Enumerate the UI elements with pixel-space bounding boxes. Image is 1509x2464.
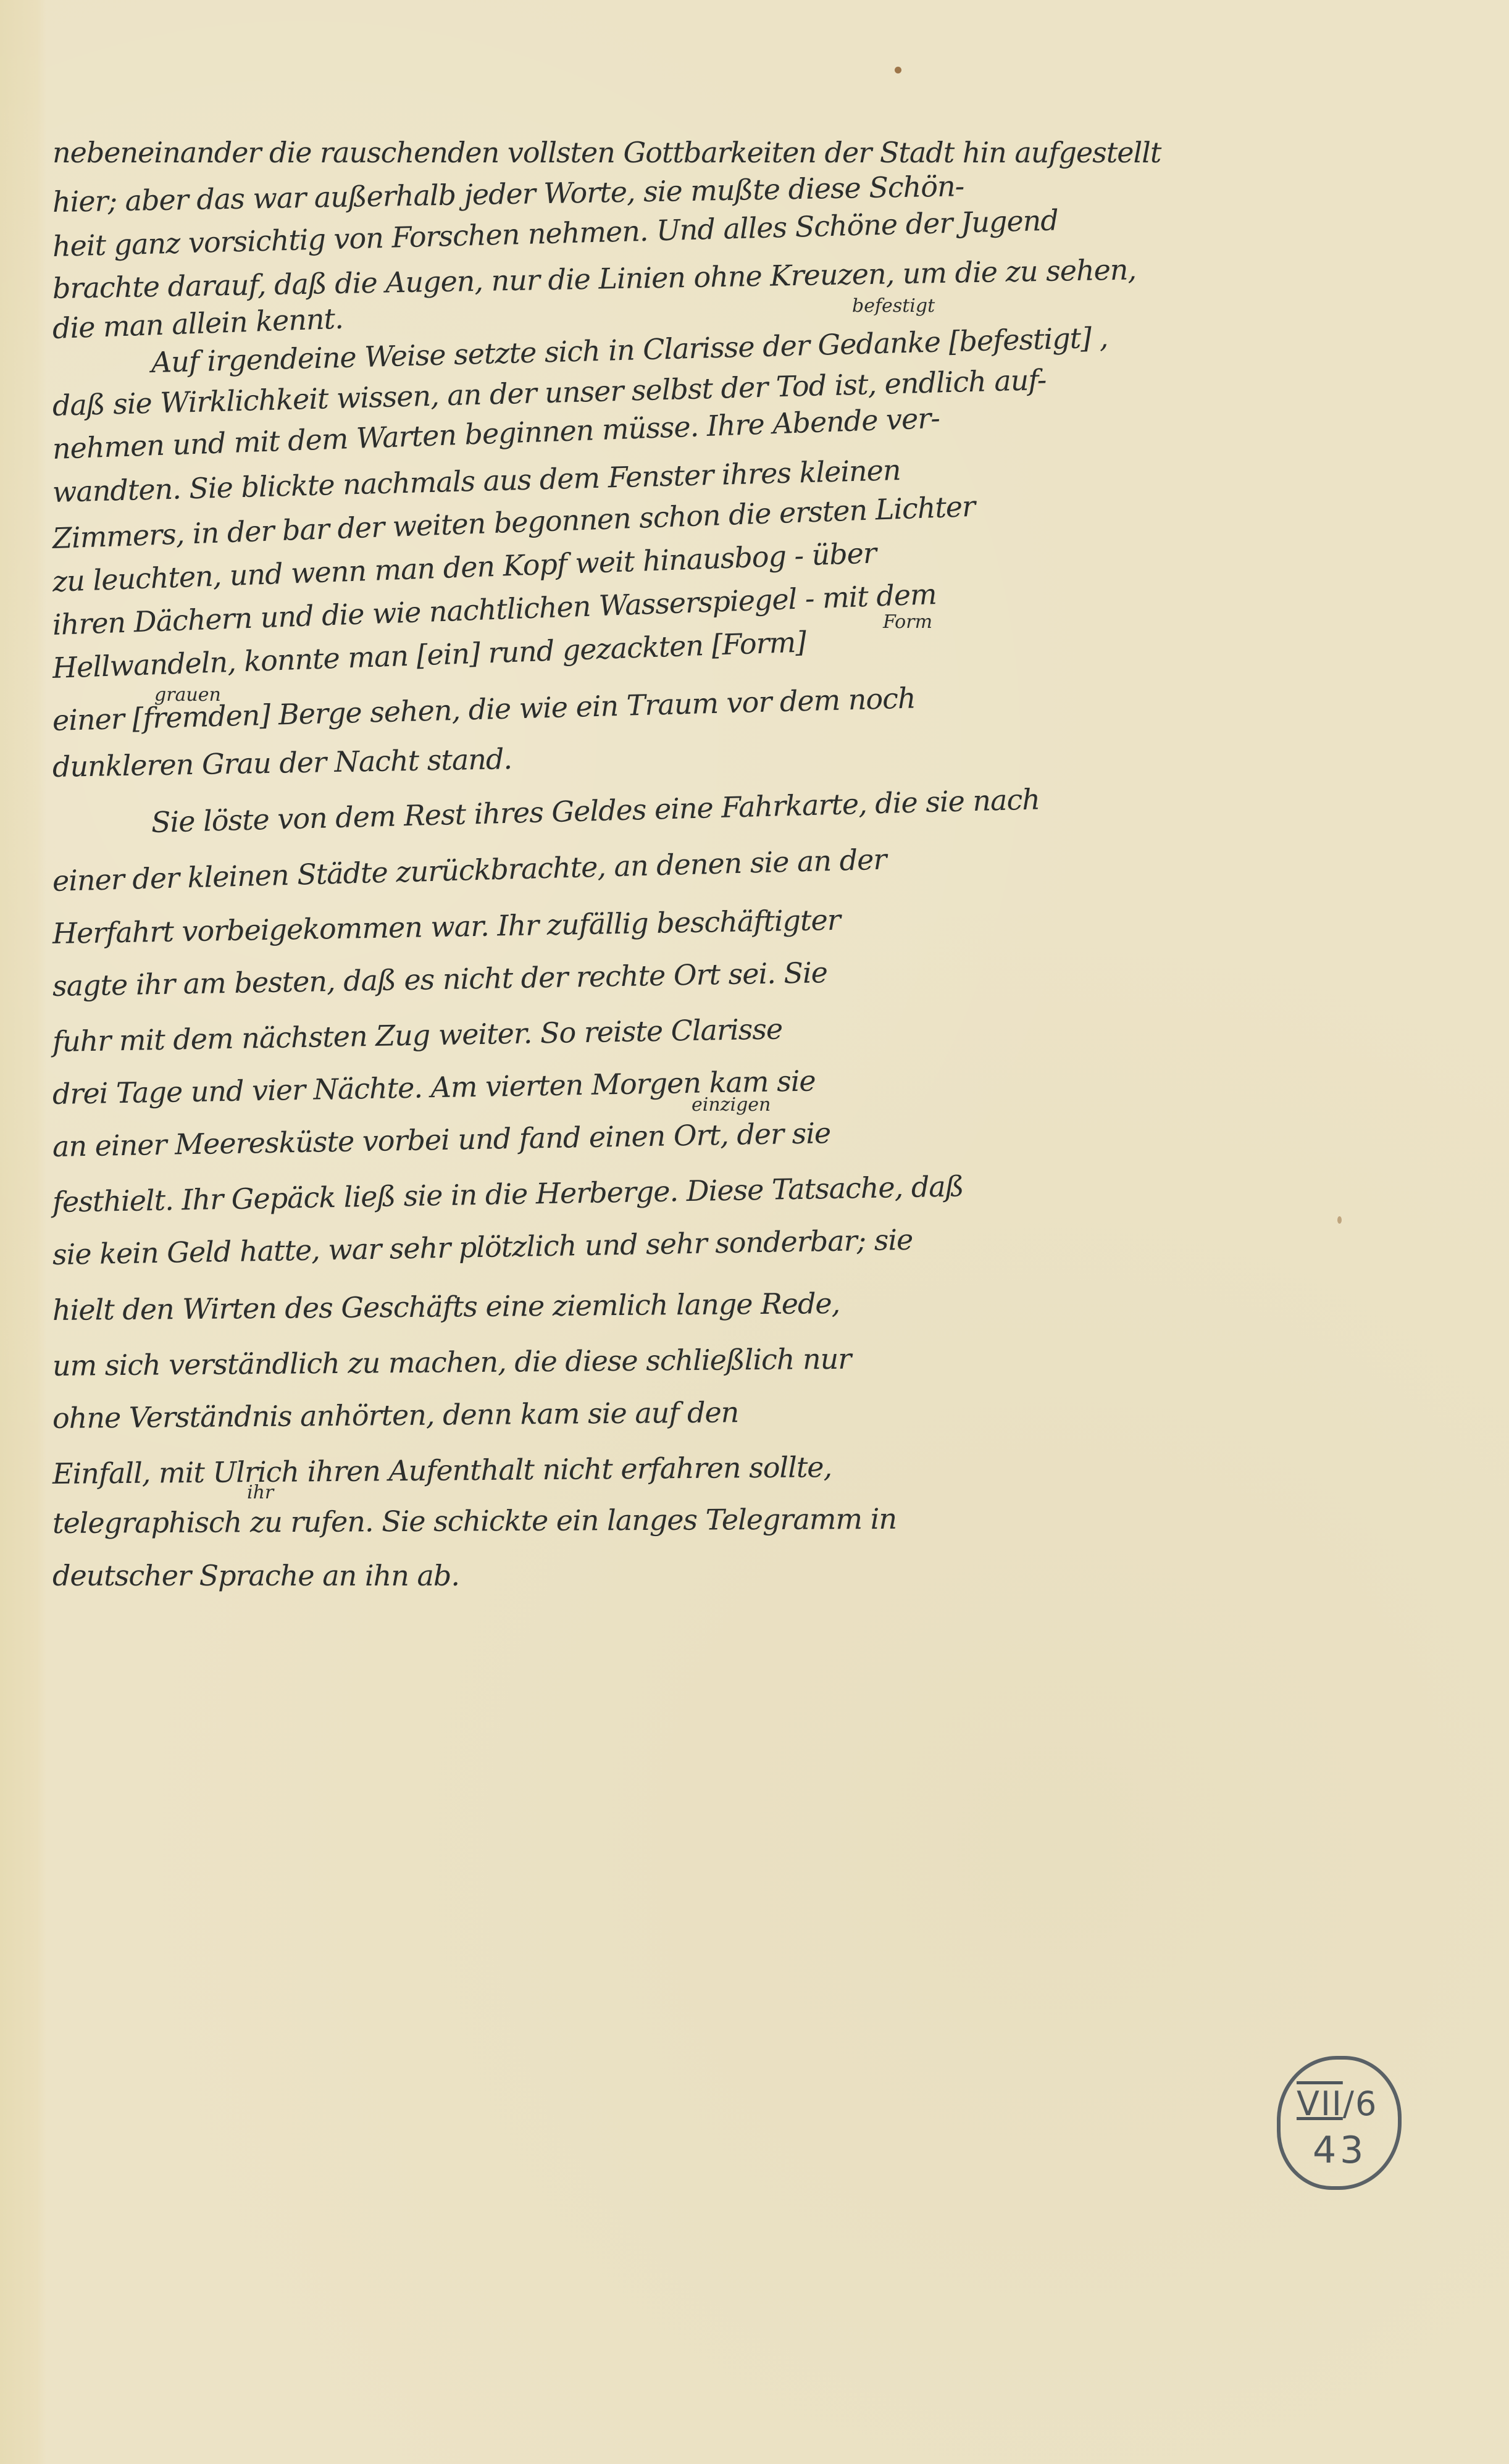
manuscript-line: hielt den Wirten des Geschäfts eine ziem… bbox=[52, 1287, 840, 1327]
archive-shelfmark: VII/6 bbox=[1297, 2084, 1377, 2123]
manuscript-line: deutscher Sprache an ihn ab. bbox=[52, 1559, 459, 1592]
archive-stamp: VII/6 43 bbox=[1277, 2056, 1402, 2190]
manuscript-line: um sich verständlich zu machen, die dies… bbox=[52, 1342, 851, 1382]
foxing-spot bbox=[895, 67, 901, 73]
manuscript-line: telegraphisch zu rufen. Sie schickte ein… bbox=[52, 1502, 897, 1540]
interlinear-correction: ihr bbox=[247, 1482, 274, 1503]
interlinear-correction: einzigen bbox=[692, 1094, 771, 1116]
interlinear-correction: befestigt bbox=[852, 295, 935, 317]
archive-page-number: 43 bbox=[1313, 2129, 1367, 2172]
interlinear-correction: Form bbox=[883, 611, 932, 633]
foxing-spot bbox=[1337, 1216, 1342, 1224]
manuscript-line: Einfall, mit Ulrich ihren Aufenthalt nic… bbox=[52, 1450, 832, 1490]
manuscript-line: ohne Verständnis anhörten, denn kam sie … bbox=[52, 1395, 739, 1435]
manuscript-line: nebeneinander die rauschenden vollsten G… bbox=[52, 136, 1161, 169]
